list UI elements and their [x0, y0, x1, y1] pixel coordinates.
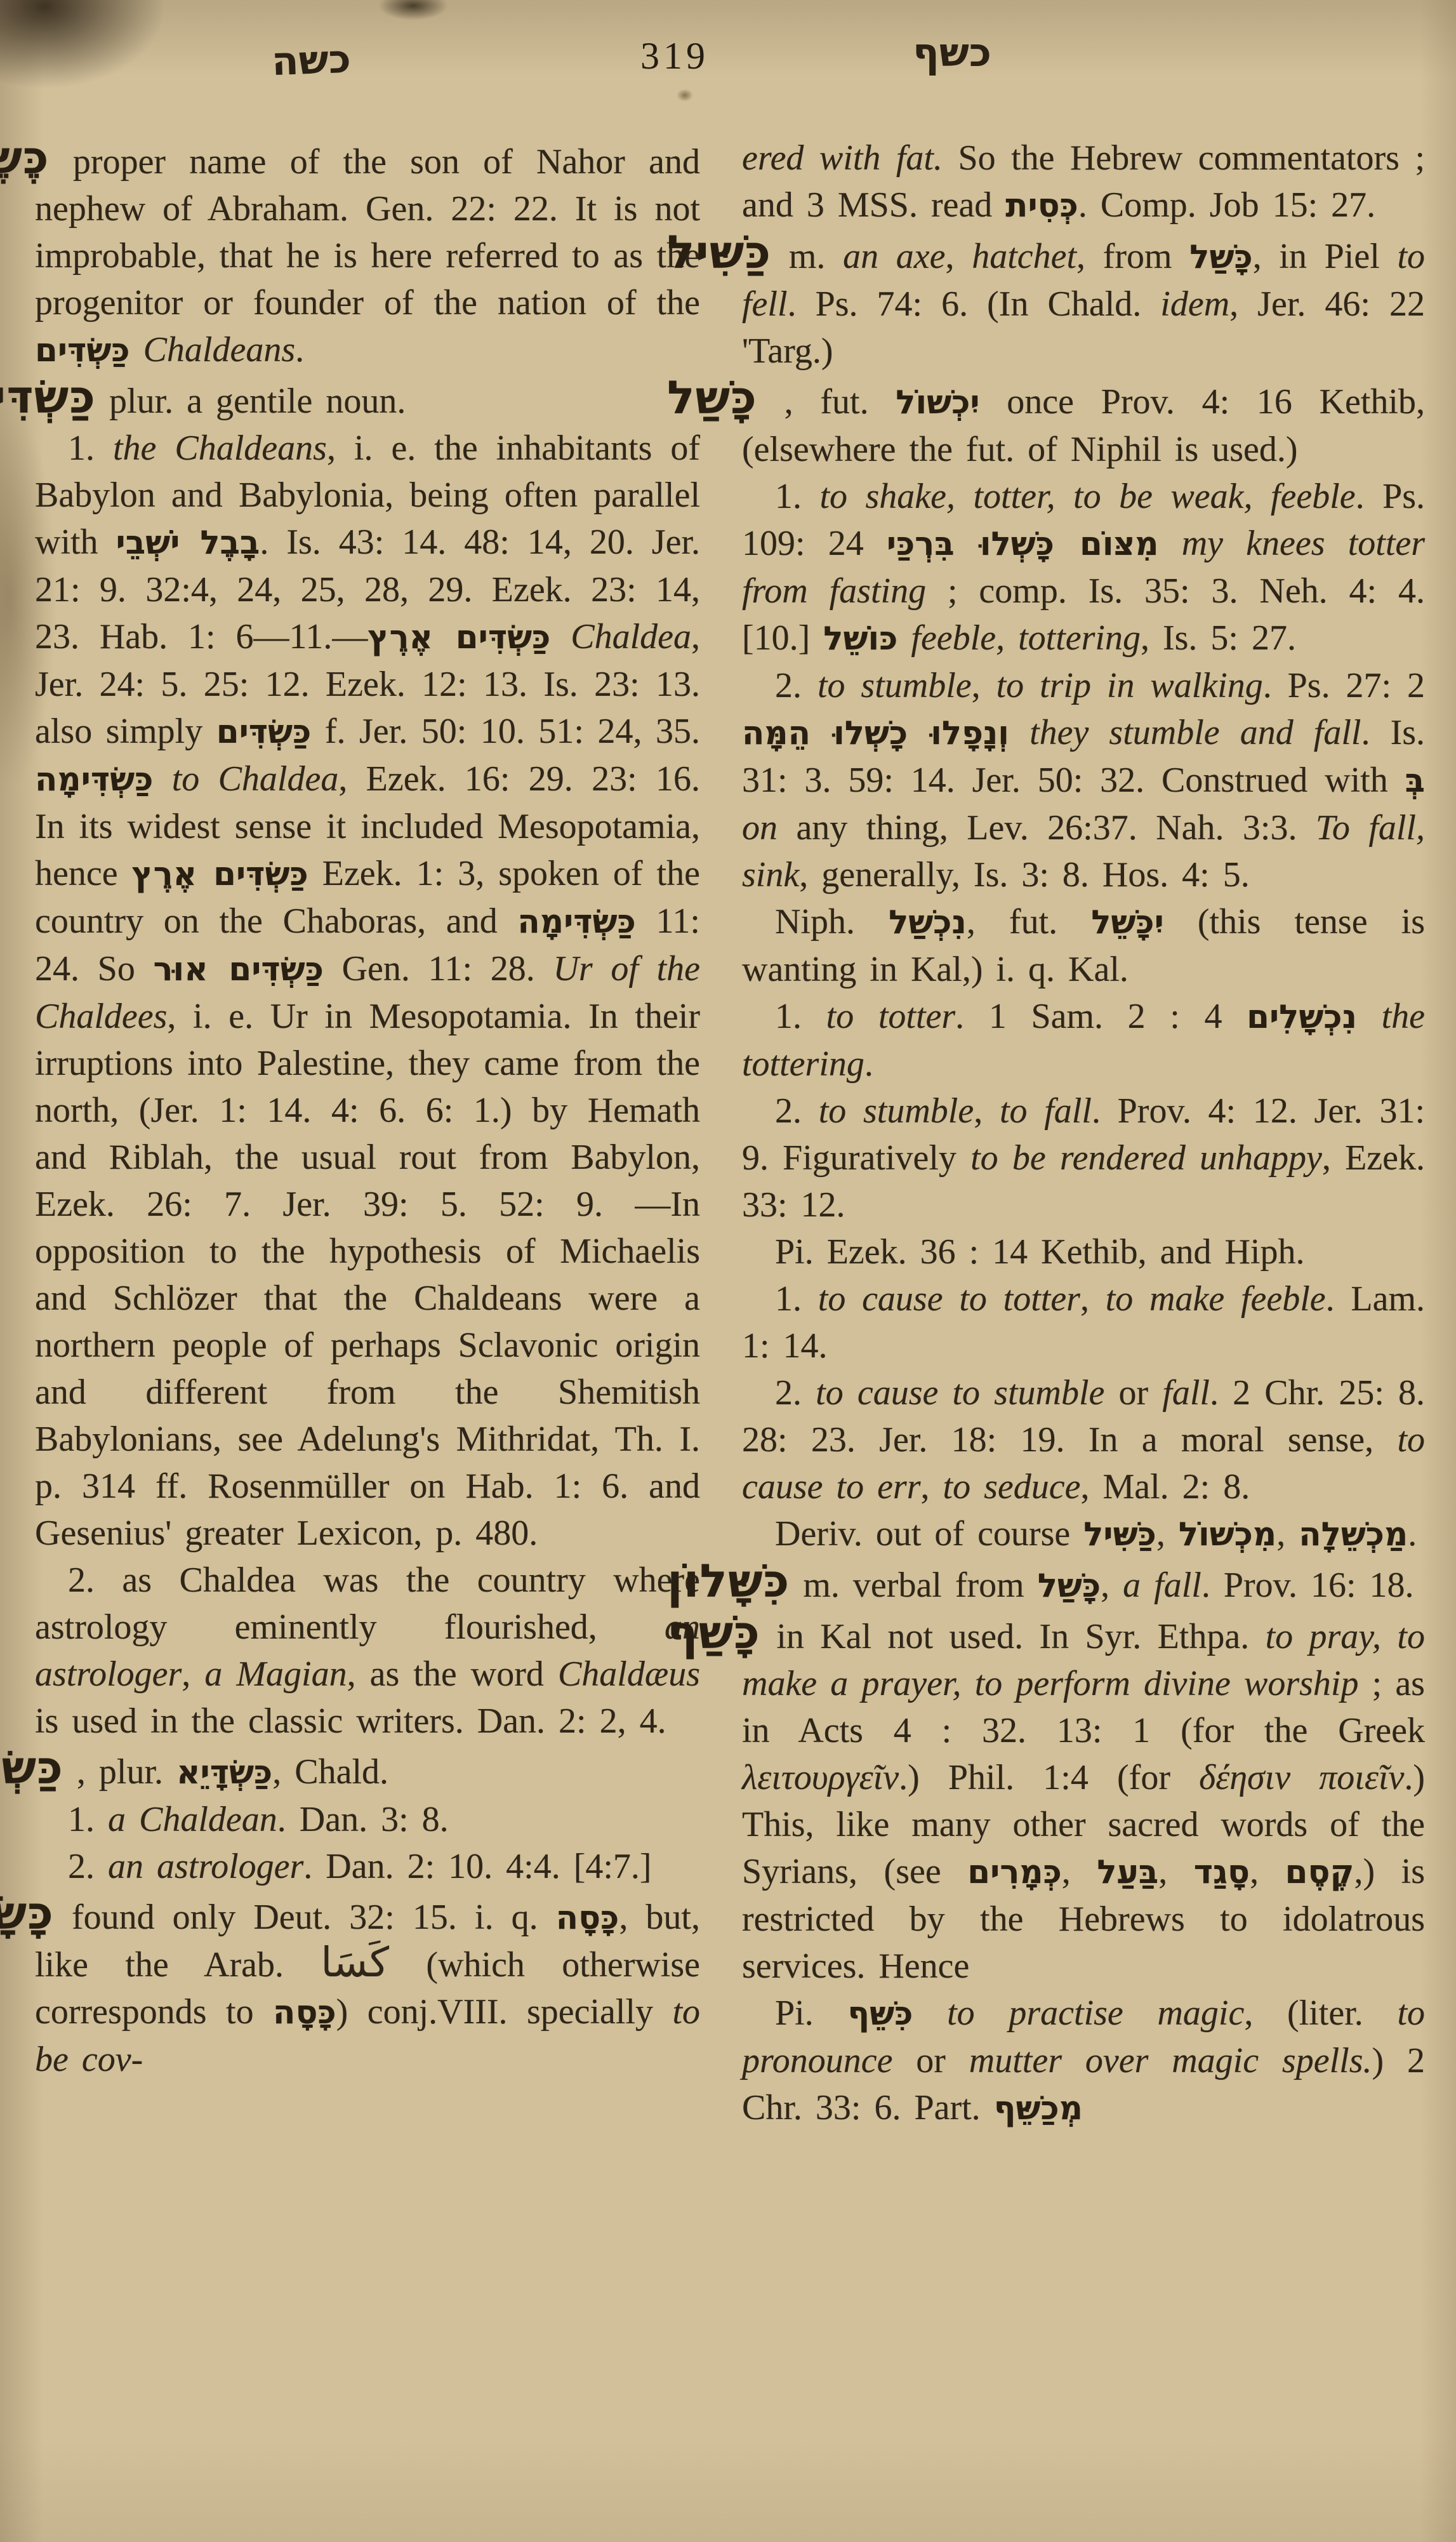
text-segment: Chaldæus: [558, 1654, 700, 1694]
text-segment: ,: [1062, 1852, 1097, 1891]
text-segment: fall: [1162, 1373, 1210, 1413]
hebrew-headword: כֶּשֶׂד: [0, 131, 50, 184]
text-segment: to Chaldea: [172, 759, 339, 799]
text-segment: כָּשַׁל‎: [1038, 1567, 1101, 1605]
text-segment: כּוֹשֵׁל‎: [823, 620, 897, 658]
page-number: 319: [640, 34, 709, 78]
text-columns: כֶּשֶׂד proper name of the son of Nahor …: [35, 135, 1425, 2132]
text-segment: 2.: [68, 1847, 108, 1886]
text-segment: [913, 1993, 947, 2033]
running-head: כשה 319 כשף: [0, 25, 1456, 108]
text-segment: כָּסָה‎: [273, 1993, 336, 2032]
text-segment: Chaldea: [571, 617, 691, 656]
text-segment: to shake, totter, to be weak, feeble: [819, 477, 1355, 516]
text-segment: ,: [921, 1467, 943, 1507]
sense-paragraph: 2. to cause to stumble or fall. 2 Chr. 2…: [742, 1369, 1425, 1510]
text-segment: to practise magic: [947, 1993, 1244, 2033]
text-segment: a fall: [1123, 1566, 1201, 1605]
text-segment: . Prov. 16: 18.: [1201, 1566, 1414, 1605]
lexicon-entry: כִּשָּׁלוֹן m. verbal from כָּשַׁל‎, a f…: [742, 1562, 1425, 1609]
text-segment: Deriv. out of course: [775, 1514, 1083, 1554]
text-segment: to be rendered unhappy: [970, 1138, 1322, 1178]
text-segment: Pi.: [775, 1993, 847, 2033]
sense-paragraph: Niph. נִכְשַׁל‎, fut. יִכָּשֵׁל‎ (this t…: [742, 898, 1425, 993]
lexicon-entry: כַּשְׂדִּים plur. a gentile noun.: [35, 378, 700, 425]
text-segment: in Kal not used. In Syr. Ethpa.: [776, 1617, 1265, 1656]
text-segment: כַּשְׂדִּים‎: [35, 331, 130, 369]
text-segment: , Chald.: [272, 1752, 388, 1792]
hebrew-headword: כָּשַׁף: [667, 1606, 760, 1659]
lexicon-entry: כָּשַׁף in Kal not used. In Syr. Ethpa. …: [742, 1613, 1425, 1990]
text-segment: .: [295, 330, 304, 369]
text-segment: ,: [1250, 1852, 1285, 1891]
text-segment: Gen. 11: 28.: [324, 949, 553, 988]
scan-stain: [378, 0, 448, 20]
text-segment: ,: [946, 237, 972, 276]
text-segment: , from: [1076, 237, 1189, 276]
text-segment: , in Piel: [1253, 237, 1398, 276]
lexicon-entry: כָּשַׁל , fut. יִכְשׁוֹל‎ once Prov. 4: …: [742, 378, 1425, 473]
text-segment: 1.: [68, 1800, 108, 1839]
text-segment: יֹשְׁבֵי‎ בָבֶל‎: [116, 524, 260, 562]
text-segment: , fut.: [784, 382, 896, 422]
text-segment: to cause to stumble: [816, 1373, 1104, 1413]
text-segment: .: [864, 1044, 873, 1084]
text-segment: Chaldeans: [143, 330, 296, 369]
sense-paragraph: 2. to stumble, to trip in walking. Ps. 2…: [742, 662, 1425, 898]
text-segment: feeble, tottering: [911, 618, 1141, 658]
text-segment: הֵמָּה‎ כָשְׁלוּ‎ וְנָפָלוּ‎: [742, 714, 1009, 752]
text-segment: [153, 759, 171, 799]
sense-paragraph: 2. to stumble, to fall. Prov. 4: 12. Jer…: [742, 1088, 1425, 1228]
text-segment: כְּמָרִים‎: [967, 1853, 1062, 1891]
text-segment: .: [1408, 1514, 1417, 1554]
text-segment: ,: [1158, 1852, 1194, 1891]
text-segment: mutter over magic spells.: [969, 2041, 1372, 2080]
text-segment: [1159, 524, 1182, 563]
text-segment: to seduce: [943, 1467, 1081, 1507]
text-segment: , (liter.: [1244, 1993, 1397, 2033]
text-segment: כְּסִית‎: [1005, 187, 1078, 225]
text-segment: . Comp. Job 15: 27.: [1078, 185, 1375, 225]
text-segment: 1.: [775, 1279, 818, 1319]
text-segment: בַּעַל‎: [1097, 1853, 1158, 1891]
text-segment: כַּשְׂדִּימָה‎: [517, 903, 635, 941]
text-segment: [130, 330, 143, 369]
text-segment: to make feeble: [1106, 1279, 1326, 1319]
text-segment: λειτουργεῖν: [742, 1758, 899, 1797]
text-segment: מְכַשֵּׁף‎: [994, 2089, 1083, 2127]
scanned-lexicon-page: כשה 319 כשף כֶּשֶׂד proper name of the s…: [0, 0, 1456, 2542]
text-segment: a Magian: [204, 1654, 347, 1694]
text-segment: the Chaldeans: [113, 429, 327, 468]
text-segment: they stumble and fall: [1029, 713, 1361, 752]
text-segment: ,: [1080, 1279, 1106, 1319]
text-segment: , plur.: [77, 1752, 176, 1792]
text-segment: [1357, 997, 1382, 1036]
running-head-right-hebrew: כשף: [913, 29, 991, 76]
text-segment: אוּר‎ כַּשְׂדִּים‎: [154, 950, 324, 988]
lexicon-entry: כֶּשֶׂד proper name of the son of Nahor …: [35, 138, 700, 374]
text-segment: אֶרֶץ‎ כַּשְׂדִּים‎: [367, 618, 550, 656]
text-segment: , Mal. 2: 8.: [1080, 1467, 1250, 1507]
sense-paragraph: 2. an astrologer. Dan. 2: 10. 4:4. [4:7.…: [35, 1843, 700, 1890]
text-segment: 2.: [775, 1373, 816, 1413]
hebrew-headword: כַּשְׂדַּי: [0, 1741, 63, 1794]
text-segment: נִכְשָׁלִים‎: [1247, 998, 1357, 1036]
sense-paragraph: 1. to shake, totter, to be weak, feeble.…: [742, 473, 1425, 662]
text-segment: ,: [1101, 1566, 1123, 1605]
text-segment: كَسَا: [321, 1939, 389, 1986]
text-segment: to stumble: [817, 666, 972, 705]
text-segment: ered with fat.: [742, 138, 943, 178]
text-segment: . 1 Sam. 2 : 4: [955, 997, 1247, 1036]
text-segment: is used in the classic writers. Dan. 2: …: [35, 1701, 666, 1741]
text-segment: . Ps. 27: 2: [1263, 666, 1425, 705]
text-segment: יִכְשׁוֹל‎: [896, 383, 979, 422]
text-segment: idem: [1160, 284, 1229, 324]
lexicon-entry: כַּשְׂדַּי , plur. כַּשְׂדָּיֵא‎, Chald.: [35, 1748, 700, 1796]
sense-paragraph: Pi. כִּשֵּׁף‎ to practise magic, (liter.…: [742, 1990, 1425, 2132]
text-segment: to cause to totter: [818, 1279, 1080, 1319]
text-segment: כַּשִּׁיל‎: [1083, 1515, 1156, 1554]
text-segment: to fall: [1000, 1091, 1092, 1131]
text-segment: , i. e. Ur in Mesopotamia. In their irru…: [35, 997, 700, 1553]
text-segment: an astrologer: [108, 1847, 303, 1886]
lexicon-entry: כַּשִּׁיל m. an axe, hatchet, from כָּשַ…: [742, 233, 1425, 375]
text-segment: ,: [1276, 1514, 1299, 1554]
text-segment: ,: [974, 1091, 1000, 1131]
text-segment: מִכְשׁוֹל‎: [1179, 1515, 1276, 1554]
text-segment: ,: [182, 1654, 204, 1694]
text-segment: כַּשְׂדָּיֵא‎: [176, 1753, 272, 1792]
text-segment: an axe: [843, 237, 945, 276]
text-segment: קֶסֶם‎: [1285, 1853, 1354, 1891]
hebrew-headword: כִּשָּׁלוֹן: [667, 1554, 790, 1607]
text-segment: any thing, Lev. 26:37. Nah. 3:3.: [778, 808, 1316, 848]
text-segment: f. Jer. 50: 10. 51: 24, 35.: [311, 712, 700, 751]
hebrew-headword: כַּשִּׁיל: [667, 225, 771, 279]
text-segment: מַכְשֵׁלָה‎: [1299, 1515, 1408, 1554]
text-segment: Niph.: [775, 902, 889, 942]
text-segment: or: [892, 2041, 969, 2080]
text-segment: בִּרְכַּי‎ כָּשְׁלוּ‎ מִצּוֹם‎: [887, 525, 1159, 563]
text-segment: כַּשְׂדִּימָה‎: [35, 761, 153, 799]
text-segment: [1009, 713, 1029, 752]
text-segment: 1.: [775, 997, 826, 1036]
text-segment: to trip in walking: [996, 666, 1263, 705]
text-segment: אֶרֶץ‎ כַּשְׂדִּים‎: [132, 855, 308, 893]
text-segment: m. verbal from: [803, 1566, 1037, 1605]
text-segment: 2.: [775, 1091, 819, 1131]
text-segment: בְּ‎: [1405, 762, 1425, 800]
text-segment: , fut.: [967, 902, 1091, 942]
text-segment: , as the word: [347, 1654, 558, 1694]
text-segment: כָּסָה‎: [556, 1899, 619, 1937]
text-segment: כָּשַׁל‎: [1189, 238, 1252, 276]
text-segment: ,: [1156, 1514, 1179, 1554]
text-segment: , generally, Is. 3: 8. Hos. 4: 5.: [799, 855, 1250, 895]
text-segment: 2. as Chaldea was the country where astr…: [35, 1560, 700, 1647]
text-segment: סָגַד‎: [1194, 1853, 1250, 1891]
text-segment: , Is. 5: 27.: [1141, 618, 1296, 658]
sense-paragraph: 1. to totter. 1 Sam. 2 : 4 נִכְשָׁלִים‎ …: [742, 993, 1425, 1088]
text-segment: כַּשְׂדִּים‎: [216, 713, 312, 751]
text-segment: hatchet: [972, 237, 1076, 276]
text-segment: נִכְשַׁל‎: [889, 903, 967, 942]
hebrew-headword: כַּשְׂדִּים: [0, 370, 96, 423]
hebrew-headword: כָּשַׁל: [667, 371, 757, 424]
text-segment: m.: [789, 237, 843, 276]
lexicon-entry: כָּשָׂה found only Deut. 32: 15. i. q. כ…: [35, 1894, 700, 2083]
text-segment: found only Deut. 32: 15. i. q.: [72, 1898, 556, 1937]
sense-paragraph: 2. as Chaldea was the country where astr…: [35, 1557, 700, 1745]
running-head-left-hebrew: כשה: [271, 36, 352, 84]
text-segment: δέησιν ποιεῖν: [1199, 1758, 1404, 1797]
text-segment: a Chaldean: [108, 1800, 277, 1839]
text-segment: or: [1104, 1373, 1162, 1413]
text-segment: . Dan. 3: 8.: [277, 1800, 449, 1839]
text-segment: .) Phil. 1:4 (for: [899, 1758, 1199, 1797]
text-segment: [897, 618, 911, 658]
text-segment: ,: [972, 666, 996, 705]
left-column: כֶּשֶׂד proper name of the son of Nahor …: [35, 135, 700, 2132]
text-segment: proper name of the son of Nahor and neph…: [35, 142, 700, 323]
text-segment: 1.: [775, 477, 819, 516]
sense-paragraph: 1. a Chaldean. Dan. 3: 8.: [35, 1796, 700, 1843]
text-segment: [550, 617, 571, 656]
text-segment: 2.: [775, 666, 817, 705]
sense-paragraph: Deriv. out of course כַּשִּׁיל‎, מִכְשׁו…: [742, 1510, 1425, 1558]
text-segment: . Ps. 74: 6. (In Chald.: [788, 284, 1161, 324]
text-segment: on: [742, 808, 778, 848]
sense-paragraph: 1. to cause to totter, to make feeble. L…: [742, 1275, 1425, 1369]
text-segment: יִכָּשֵׁל‎: [1091, 903, 1164, 942]
right-column: ered with fat. So the Hebrew commentator…: [742, 135, 1425, 2132]
sense-paragraph: 1. the Chaldeans, i. e. the inhabitants …: [35, 425, 700, 1557]
text-segment: to stumble: [819, 1091, 974, 1131]
text-segment: plur. a gentile noun.: [109, 382, 406, 421]
hebrew-headword: כָּשָׂה: [0, 1886, 54, 1940]
text-segment: כִּשֵּׁף‎: [847, 1995, 913, 2033]
text-segment: Pi. Ezek. 36 : 14 Kethib, and Hiph.: [775, 1232, 1304, 1272]
text-segment: . Dan. 2: 10. 4:4. [4:7.]: [303, 1847, 651, 1886]
continuation-paragraph: ered with fat. So the Hebrew commentator…: [742, 135, 1425, 229]
text-segment: 1.: [68, 429, 113, 468]
text-segment: to totter: [826, 997, 956, 1036]
sense-paragraph: Pi. Ezek. 36 : 14 Kethib, and Hiph.: [742, 1228, 1425, 1275]
text-segment: ) conj.VIII. specially: [336, 1992, 673, 2032]
